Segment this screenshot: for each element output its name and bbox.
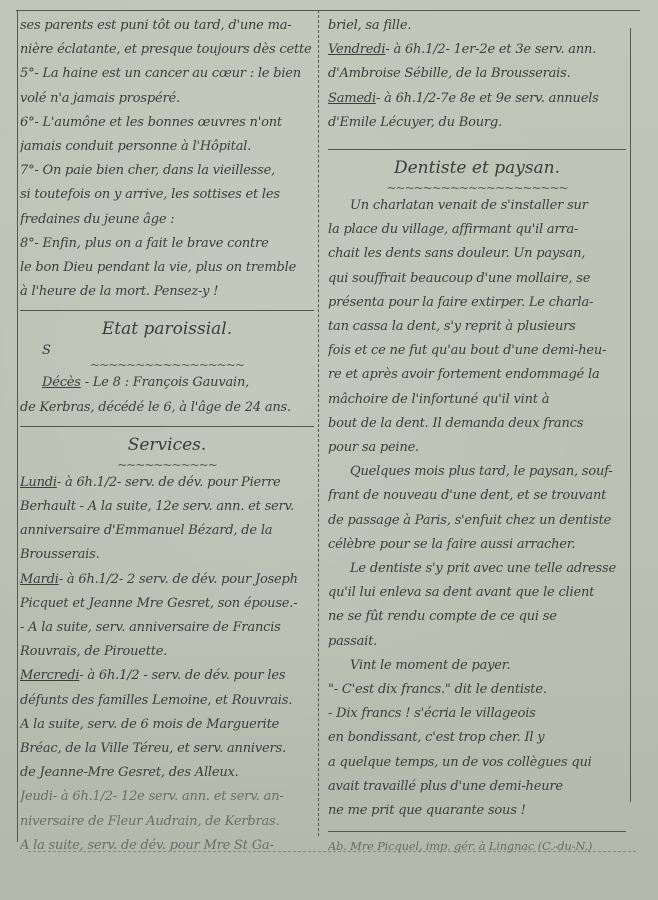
deces-label: Décès [42,375,81,390]
text-line: tan cassa la dent, s'y reprit à plusieur… [328,315,626,339]
right-border [630,28,631,802]
service-entry-jeudi: Jeudi- à 6h.1/2- 12e serv. ann. et serv.… [20,785,314,858]
text-line: si toutefois on y arrive, les sottises e… [20,183,314,207]
text-line: A la suite, serv. de 6 mois de Marguerit… [20,713,314,737]
story-paragraph: Vint le moment de payer. [328,654,626,678]
text-line: le bon Dieu pendant la vie, plus on trem… [20,256,314,280]
text-line: qui souffrait beaucoup d'une mollaire, s… [328,267,626,291]
text-line: a quelque temps, un de vos collègues qui [328,751,626,775]
story-paragraph: Quelques mois plus tard, le paysan, souf… [328,460,626,557]
section-divider [20,310,314,311]
ornament-squiggle: ~~~~~~~~~~~~~~~~~ [20,359,314,371]
text-line: - à 6h.1/2- 12e serv. ann. et serv. an- [53,789,284,804]
day-label: Mardi [20,572,59,587]
story-paragraph: Un charlatan venait de s'installer sur l… [328,194,626,460]
story-paragraph: Le dentiste s'y prit avec une telle adre… [328,557,626,654]
service-entry-vendredi: Vendredi- à 6h.1/2- 1er-2e et 3e serv. a… [328,38,626,86]
text-line: célèbre pour se la faire aussi arracher. [328,533,626,557]
text-line: A la suite, serv. de dév. pour Mre St Ga… [20,834,314,858]
day-label: Samedi [328,91,376,106]
printer-note: Ab. Mre Picquel, imp. gér. à Lingnac (C.… [328,834,626,858]
text-line: la place du village, affirmant qu'il arr… [328,218,626,242]
day-label: Mercredi [20,668,79,683]
text-line: - Dix francs ! s'écria le villageois [328,702,626,726]
text-line: 6°- L'aumône et les bonnes œuvres n'ont [20,111,314,135]
section-divider [20,426,314,427]
text-line: de Kerbras, décédé le 6, à l'âge de 24 a… [20,396,314,420]
text-line: ses parents est puni tôt ou tard, d'une … [20,14,314,38]
text-line: Vint le moment de payer. [328,654,626,678]
text-line: de passage à Paris, s'enfuit chez un den… [328,509,626,533]
story-paragraph: "- C'est dix francs." dit le dentiste. -… [328,678,626,823]
text-line: niversaire de Fleur Audrain, de Kerbras. [20,810,314,834]
left-border [17,10,18,842]
text-line: en bondissant, c'est trop cher. Il y [328,726,626,750]
text-line: re et après avoir fortement endommagé la [328,363,626,387]
text-line: à l'heure de la mort. Pensez-y ! [20,280,314,304]
text-line: passait. [328,630,626,654]
services-heading: Services. [20,431,314,459]
text-line: avait travaillé plus d'une demi-heure [328,775,626,799]
text-line: qu'il lui enleva sa dent avant que le cl… [328,581,626,605]
text-line: - à 6h.1/2 - serv. de dév. pour les [79,668,285,683]
service-entry-samedi: Samedi- à 6h.1/2-7e 8e et 9e serv. annue… [328,87,626,135]
text-line: bout de la dent. Il demanda deux francs [328,412,626,436]
etat-paroissial-heading: Etat paroissial. [20,315,314,343]
day-label: Vendredi [328,42,385,57]
footer-divider [328,831,626,832]
text-line: pour sa peine. [328,436,626,460]
bulletin-page: ses parents est puni tôt ou tard, d'une … [12,8,652,842]
text-line: Quelques mois plus tard, le paysan, souf… [328,460,626,484]
text-line: ne me prit que quarante sous ! [328,799,626,823]
service-entry-mardi: Mardi- à 6h.1/2- 2 serv. de dév. pour Jo… [20,568,314,665]
text-line: présenta pour la faire extirper. Le char… [328,291,626,315]
text-line: anniversaire d'Emmanuel Bézard, de la [20,519,314,543]
text-line: jamais conduit personne à l'Hôpital. [20,135,314,159]
text-line: ne se fût rendu compte de ce qui se [328,605,626,629]
ornament-squiggle: ~~~~~~~~~~~~~~~~~~~~ [328,182,626,194]
day-label: Jeudi [20,789,53,804]
service-entry-mercredi: Mercredi- à 6h.1/2 - serv. de dév. pour … [20,664,314,785]
text-line: briel, sa fille. [328,14,626,38]
text-line: Le dentiste s'y prit avec une telle adre… [328,557,626,581]
text-line: d'Emile Lécuyer, du Bourg. [328,111,626,135]
text-line: - à 6h.1/2- serv. de dév. pour Pierre [57,475,281,490]
text-line: frant de nouveau d'une dent, et se trouv… [328,484,626,508]
text-line: Picquet et Jeanne Mre Gesret, son épouse… [20,592,314,616]
service-entry-lundi: Lundi- à 6h.1/2- serv. de dév. pour Pier… [20,471,314,568]
text-line: Berhault - A la suite, 12e serv. ann. et… [20,495,314,519]
ornament-squiggle: ~~~~~~~~~~~ [20,459,314,471]
text-line: d'Ambroise Sébille, de la Brousserais. [328,62,626,86]
right-column: briel, sa fille. Vendredi- à 6h.1/2- 1er… [328,14,626,859]
text-line: - à 6h.1/2- 1er-2e et 3e serv. ann. [385,42,596,57]
text-line: 5°- La haine est un cancer au cœur : le … [20,62,314,86]
left-column: ses parents est puni tôt ou tard, d'une … [20,14,314,858]
text-line: défunts des familles Lemoine, et Rouvrai… [20,689,314,713]
text-line: volé n'a jamais prospéré. [20,87,314,111]
day-label: Lundi [20,475,57,490]
text-line: nière éclatante, et presque toujours dès… [20,38,314,62]
margin-mark: S [20,343,314,359]
column-divider [318,10,319,836]
text-line: - à 6h.1/2- 2 serv. de dév. pour Joseph [59,572,298,587]
text-line: chait les dents sans douleur. Un paysan, [328,242,626,266]
deces-text: - Le 8 : François Gauvain, [85,375,249,390]
deces-entry: Décès - Le 8 : François Gauvain, [20,371,314,395]
intro-text: ses parents est puni tôt ou tard, d'une … [20,14,314,304]
text-line: - à 6h.1/2-7e 8e et 9e serv. annuels [376,91,599,106]
text-line: de Jeanne-Mre Gesret, des Alleux. [20,761,314,785]
text-line: Rouvrais, de Pirouette. [20,640,314,664]
text-line: - A la suite, serv. anniversaire de Fran… [20,616,314,640]
text-line: "- C'est dix francs." dit le dentiste. [328,678,626,702]
text-line: fois et ce ne fut qu'au bout d'une demi-… [328,339,626,363]
text-line: Brousserais. [20,543,314,567]
section-divider [328,149,626,150]
text-line: 8°- Enfin, plus on a fait le brave contr… [20,232,314,256]
text-line: fredaines du jeune âge : [20,208,314,232]
top-border [16,10,640,11]
text-line: Un charlatan venait de s'installer sur [328,194,626,218]
story-heading: Dentiste et paysan. [328,154,626,182]
text-line: mâchoire de l'infortuné qu'il vint à [328,388,626,412]
text-line: 7°- On paie bien cher, dans la vieilless… [20,159,314,183]
text-line: Bréac, de la Ville Téreu, et serv. anniv… [20,737,314,761]
